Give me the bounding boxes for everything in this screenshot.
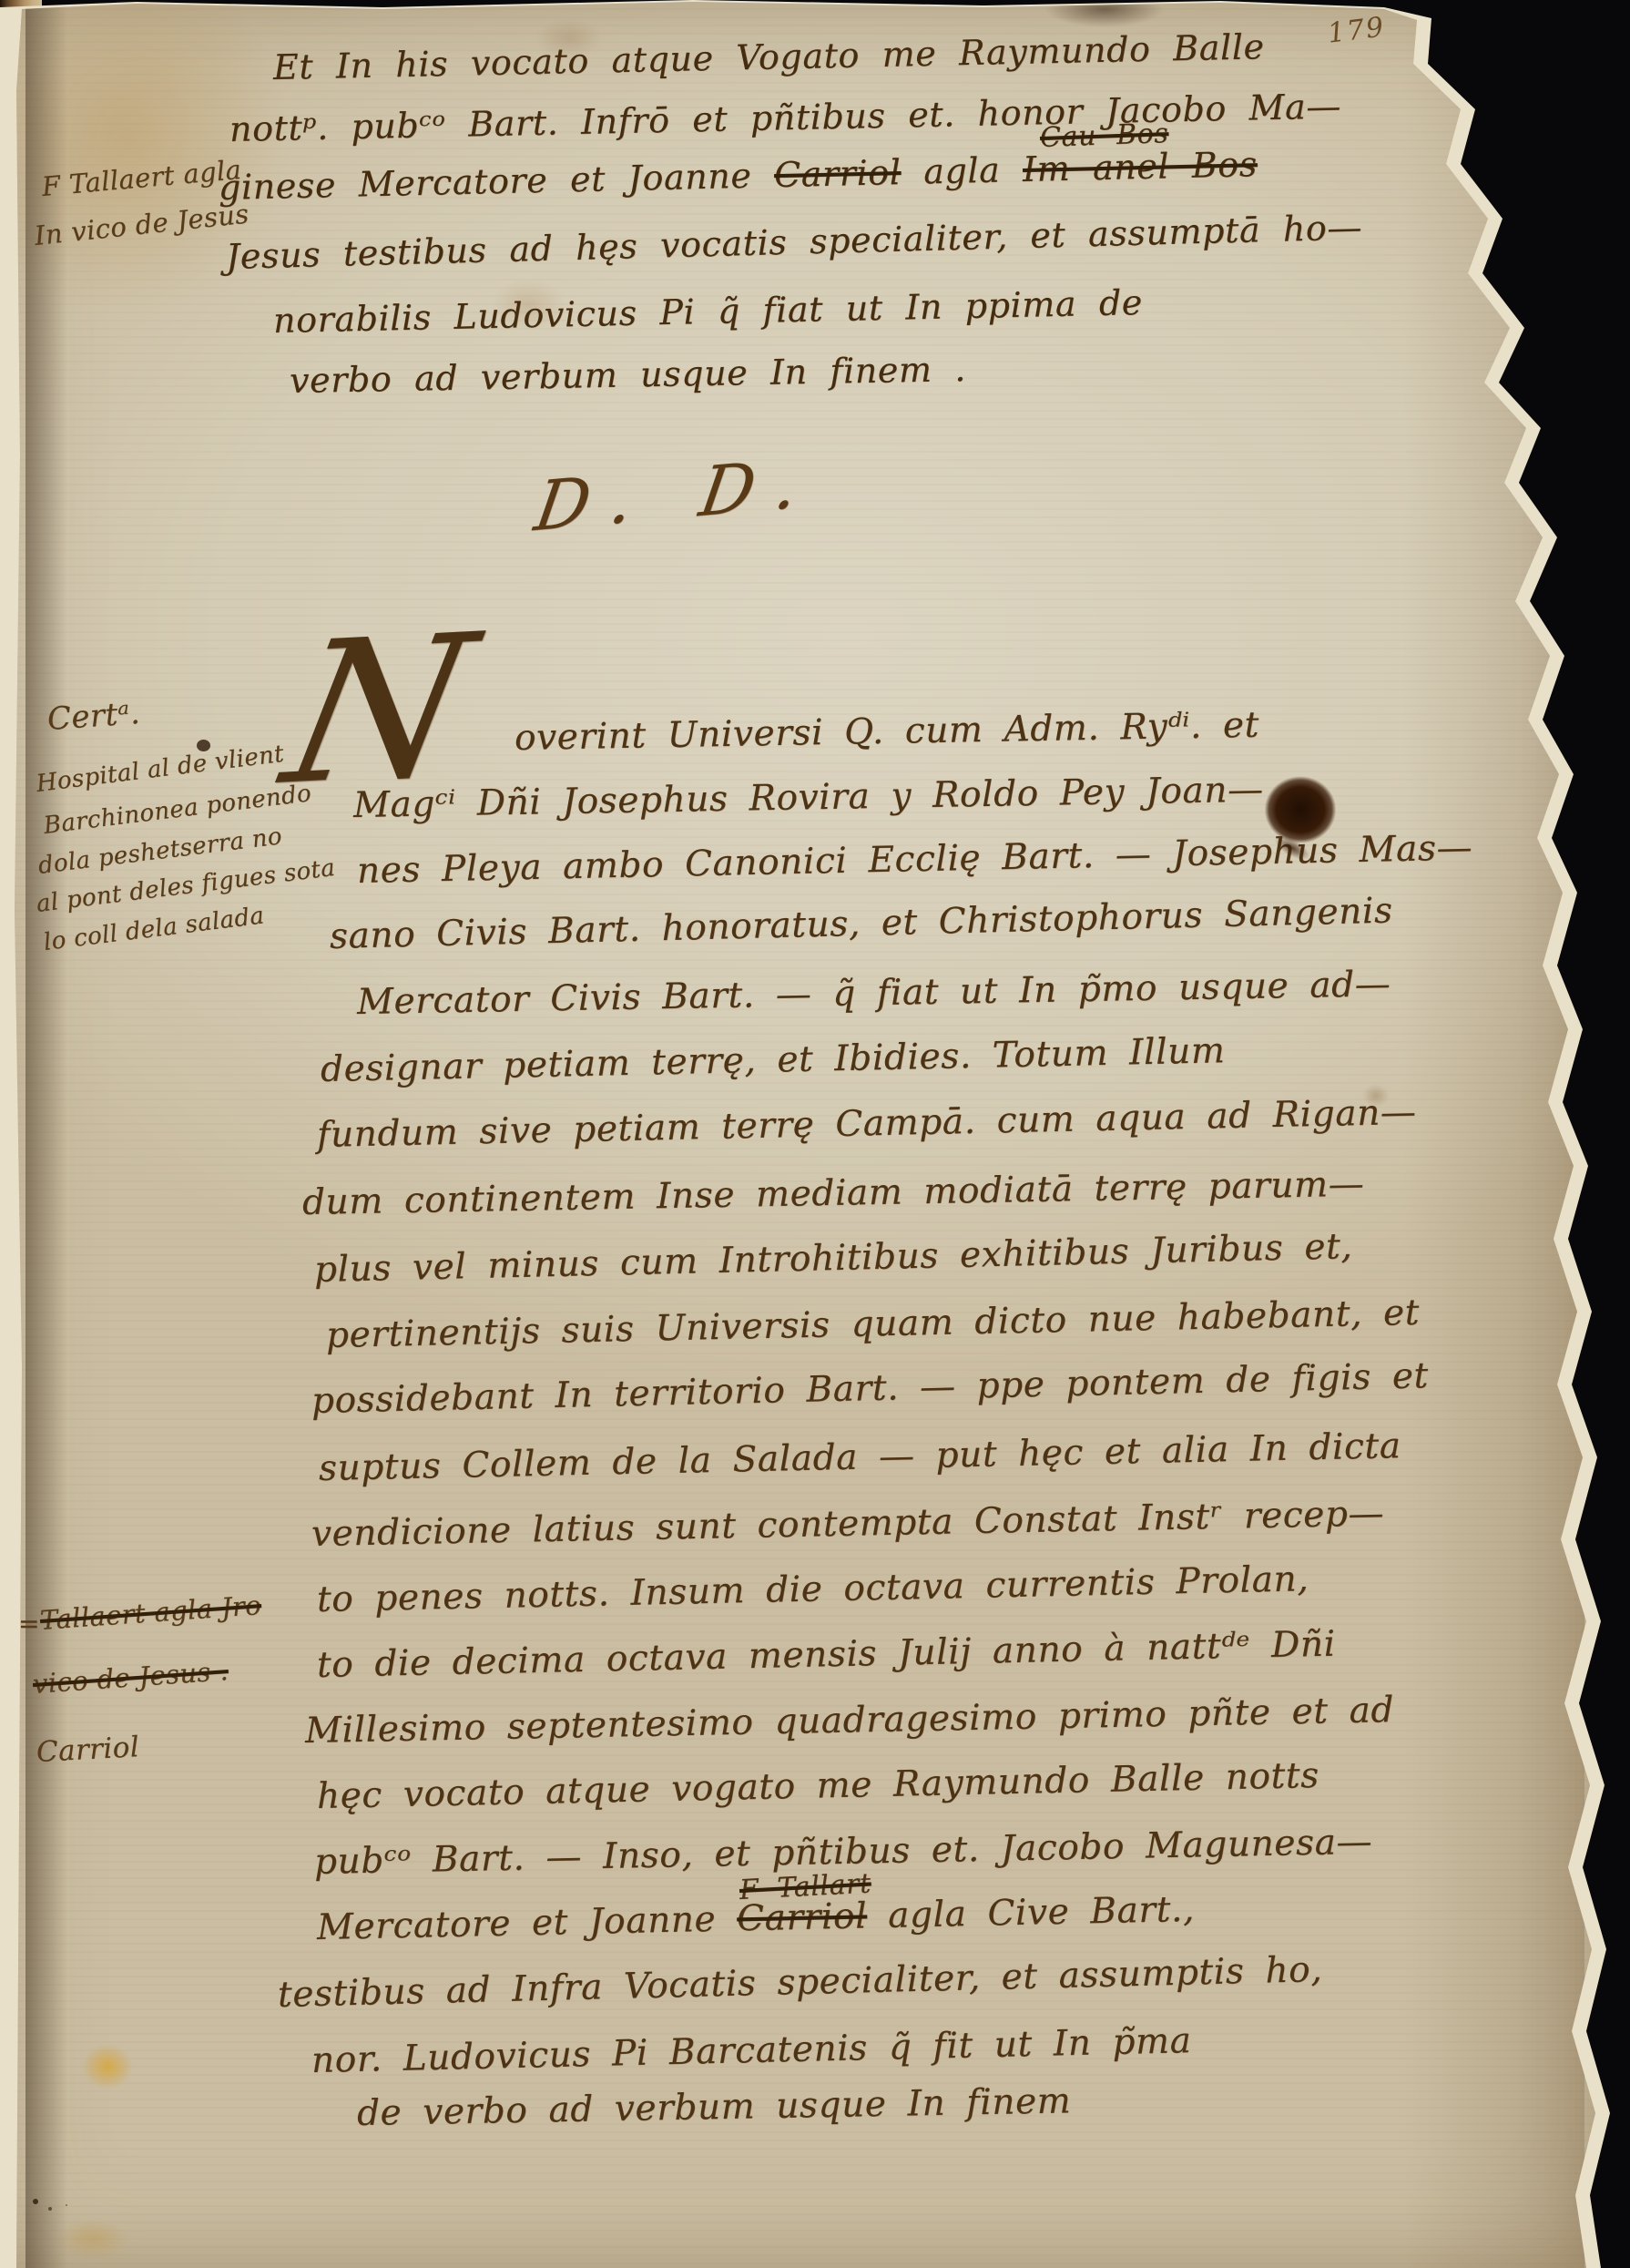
text-line: ginese Mercatore et Joanne Carriol agla … xyxy=(219,144,1258,208)
manuscript-photograph: 179 F Tallaert agla In vico de Jesus Et … xyxy=(0,0,1630,2268)
margin-tick: = xyxy=(18,1609,40,1639)
text-line: suptus Collem de la Salada — put hęc et … xyxy=(319,1425,1401,1489)
text-line: to die decima octava mensis Julij anno à… xyxy=(317,1624,1337,1686)
text-line: hęc vocato atque vogato me Raymundo Ball… xyxy=(317,1755,1320,1817)
struck-text: Carriol xyxy=(737,1895,868,1939)
text-segment: Mercatore et Joanne xyxy=(317,1898,738,1948)
text-line: designar petiam terrę, et Ibidies. Totum… xyxy=(321,1030,1226,1090)
calligraphic-initial: N xyxy=(273,608,485,812)
text-line: norabilis Ludovicus Pi q̃ fiat ut In ppi… xyxy=(273,282,1144,341)
text-line: de verbo ad verbum usque In finem xyxy=(357,2080,1072,2134)
text-line: possidebant In territorio Bart. — ppe po… xyxy=(311,1355,1429,1422)
text-line: dum continentem Inse mediam modiatā terr… xyxy=(302,1164,1365,1223)
margin-note-bottom-name: Carriol xyxy=(36,1731,140,1769)
margin-note-top-line1: F Tallaert agla xyxy=(41,154,243,202)
text-line: vendicione latius sunt contempta Constat… xyxy=(311,1493,1385,1555)
text-line: Et In his vocato atque Vogato me Raymund… xyxy=(273,26,1265,87)
text-line: nottᵖ. pubᶜᵒ Bart. Infrō et pñtibus et. … xyxy=(229,86,1342,149)
text-line: Mercatore et Joanne Carriol agla Cive Ba… xyxy=(317,1889,1196,1948)
text-line: Jesus testibus ad hęs vocatis specialite… xyxy=(225,207,1362,277)
page-number: 179 xyxy=(1326,11,1387,49)
text-line: Millesimo septentesimo quadragesimo prim… xyxy=(305,1690,1395,1752)
manuscript-page: 179 F Tallaert agla In vico de Jesus Et … xyxy=(0,0,1630,2268)
cert-label: Certᵃ. xyxy=(46,695,142,738)
gutter-shadow xyxy=(25,0,67,2268)
text-line: fundum sive petiam terrę Campā. cum aqua… xyxy=(317,1092,1417,1156)
text-line: to penes notts. Insum die octava current… xyxy=(317,1558,1309,1620)
text-line: pertinentijs suis Universis quam dicto n… xyxy=(326,1292,1421,1356)
interlinear-struck-text: Cau Bos xyxy=(1039,117,1169,154)
notarial-divider-flourish: D. D. xyxy=(530,443,828,547)
text-segment: agla xyxy=(901,149,1024,192)
text-line: testibus ad Infra Vocatis specialiter, e… xyxy=(277,1949,1322,2016)
text-line: nor. Ludovicus Pi Barcatenis q̃ fit ut I… xyxy=(311,2020,1191,2081)
margin-note-bottom-struck1: Tallaert agla Jro xyxy=(39,1589,262,1636)
text-line: plus vel minus cum Introhitibus exhitibu… xyxy=(313,1226,1352,1291)
text-line: Magᶜⁱ Dñi Josephus Rovira y Roldo Pey Jo… xyxy=(353,770,1264,826)
edge-shadow xyxy=(1402,0,1584,2268)
struck-text: Carriol xyxy=(774,152,902,195)
text-line: Mercator Civis Bart. — q̃ fiat ut In p̃m… xyxy=(357,964,1391,1023)
text-line: sano Civis Bart. honoratus, et Christoph… xyxy=(329,890,1393,957)
text-line: verbo ad verbum usque In finem . xyxy=(290,349,967,401)
text-line: overint Universi Q. cum Adm. Ryᵈⁱ. et xyxy=(514,705,1260,759)
text-segment: agla Cive Bart., xyxy=(867,1889,1196,1937)
yellow-spot xyxy=(82,2044,133,2089)
text-segment: ginese Mercatore et Joanne xyxy=(219,155,775,208)
stain xyxy=(56,2219,129,2259)
